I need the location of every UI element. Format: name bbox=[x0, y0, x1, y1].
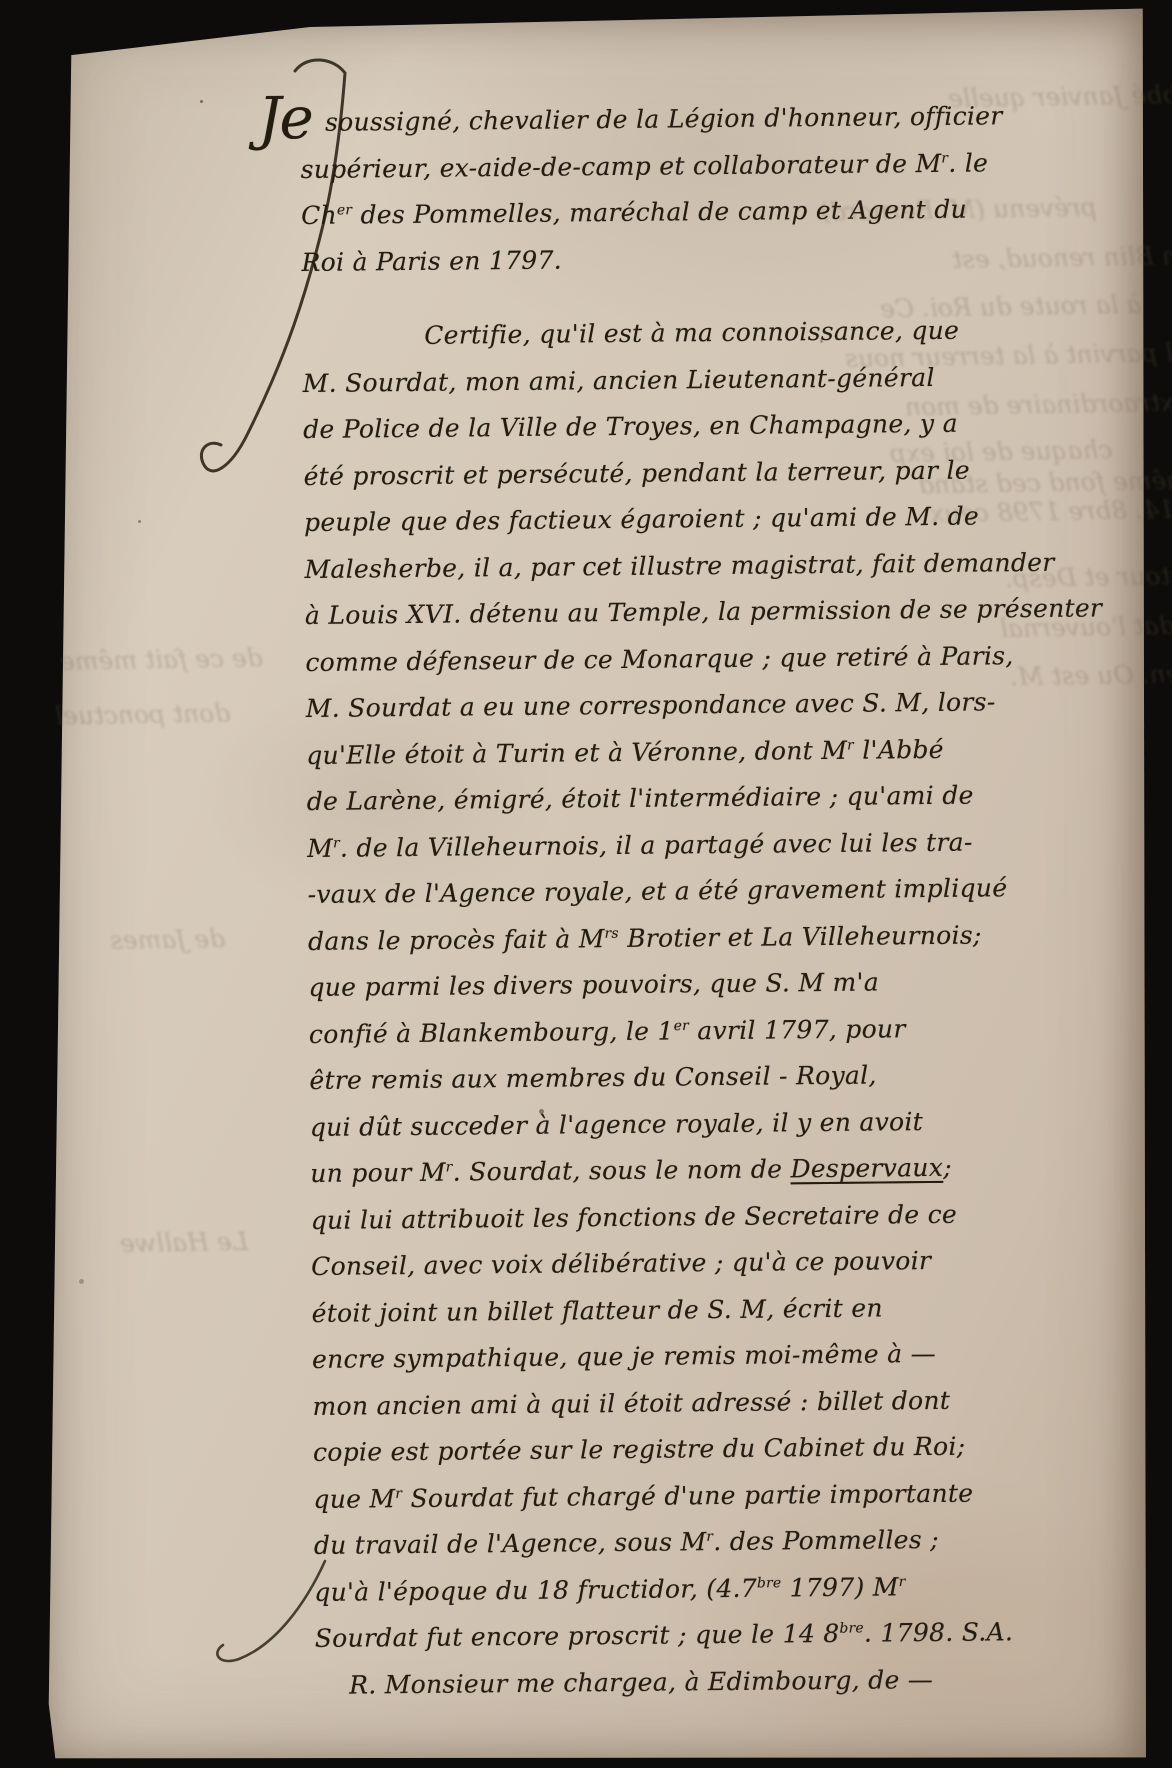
manuscript-line: que Mr Sourdat fut chargé d'une partie i… bbox=[313, 1469, 1073, 1523]
manuscript-line: être remis aux membres du Conseil - Roya… bbox=[309, 1051, 1069, 1105]
manuscript-line: Je soussigné, chevalier de la Légion d'h… bbox=[300, 93, 1060, 147]
manuscript-line: Malesherbe, il a, par cet illustre magis… bbox=[304, 539, 1064, 593]
manuscript-line: -vaux de l'Agence royale, et a été grave… bbox=[307, 865, 1067, 919]
manuscript-line: Mr. de la Villeheurnois, il a partagé av… bbox=[307, 818, 1067, 872]
manuscript-line: confié à Blankembourg, le 1er avril 1797… bbox=[309, 1004, 1069, 1058]
manuscript-line: à Louis XVI. détenu au Temple, la permis… bbox=[305, 586, 1065, 640]
manuscript-line: Sourdat fut encore proscrit ; que le 14 … bbox=[315, 1609, 1075, 1663]
manuscript-line: été proscrit et persécuté, pendant la te… bbox=[303, 446, 1063, 500]
manuscript-line: qui lui attribuoit les fonctions de Secr… bbox=[311, 1190, 1071, 1244]
manuscript-line: du travail de l'Agence, sous Mr. des Pom… bbox=[314, 1516, 1074, 1570]
paragraph-opening: Je soussigné, chevalier de la Légion d'h… bbox=[300, 93, 1062, 286]
drop-cap: Je bbox=[258, 84, 317, 153]
manuscript-line: un pour Mr. Sourdat, sous le nom de Desp… bbox=[310, 1144, 1070, 1198]
manuscript-line: M. Sourdat, mon ami, ancien Lieutenant-g… bbox=[303, 353, 1063, 407]
manuscript-line: mon ancien ami à qui il étoit adressé : … bbox=[312, 1376, 1072, 1430]
manuscript-line: étoit joint un billet flatteur de S. M, … bbox=[311, 1283, 1071, 1337]
manuscript-line: comme défenseur de ce Monarque ; que ret… bbox=[305, 632, 1065, 686]
paragraph-certification: Certifie, qu'il est à ma connoissance, q… bbox=[302, 307, 1075, 1709]
manuscript-text: Je soussigné, chevalier de la Légion d'h… bbox=[300, 93, 1075, 1709]
manuscript-line: supérieur, ex-aide-de-camp et collaborat… bbox=[300, 139, 1060, 193]
bleedthrough-fragment: dont ponctuel bbox=[55, 698, 231, 730]
manuscript-line: de Police de la Ville de Troyes, en Cham… bbox=[303, 400, 1063, 454]
manuscript-line: qui dût succeder à l'agence royale, il y… bbox=[310, 1097, 1070, 1151]
manuscript-line: peuple que des factieux égaroient ; qu'a… bbox=[304, 493, 1064, 547]
manuscript-line: R. Monsieur me chargea, à Edimbourg, de … bbox=[315, 1655, 1075, 1709]
manuscript-line: que parmi les divers pouvoirs, que S. M … bbox=[308, 958, 1068, 1012]
bleedthrough-fragment: de ce fait même bbox=[60, 643, 263, 676]
manuscript-line: encre sympathique, que je remis moi-même… bbox=[312, 1330, 1072, 1384]
manuscript-line: Roi à Paris en 1797. bbox=[301, 232, 1061, 286]
manuscript-line: M. Sourdat a eu une correspondance avec … bbox=[306, 679, 1066, 733]
manuscript-line: dans le procès fait à Mrs Brotier et La … bbox=[308, 911, 1068, 965]
manuscript-line: copie est portée sur le registre du Cabi… bbox=[313, 1423, 1073, 1477]
bleedthrough-fragment: de James bbox=[110, 924, 226, 955]
manuscript-line: Conseil, avec voix délibérative ; qu'à c… bbox=[311, 1237, 1071, 1291]
manuscript-line: Certifie, qu'il est à ma connoissance, q… bbox=[302, 307, 1062, 361]
manuscript-line: qu'à l'époque du 18 fructidor, (4.7bre 1… bbox=[314, 1562, 1074, 1616]
manuscript-line: qu'Elle étoit à Turin et à Véronne, dont… bbox=[306, 725, 1066, 779]
bleedthrough-fragment: Le Hallwe bbox=[120, 1227, 249, 1258]
scan-background: Abbé Janvier quelle prévenu (M. Bernard)… bbox=[0, 0, 1172, 1768]
manuscript-line: Cher des Pommelles, maréchal de camp et … bbox=[301, 186, 1061, 240]
manuscript-line: de Larène, émigré, étoit l'intermédiaire… bbox=[307, 772, 1067, 826]
